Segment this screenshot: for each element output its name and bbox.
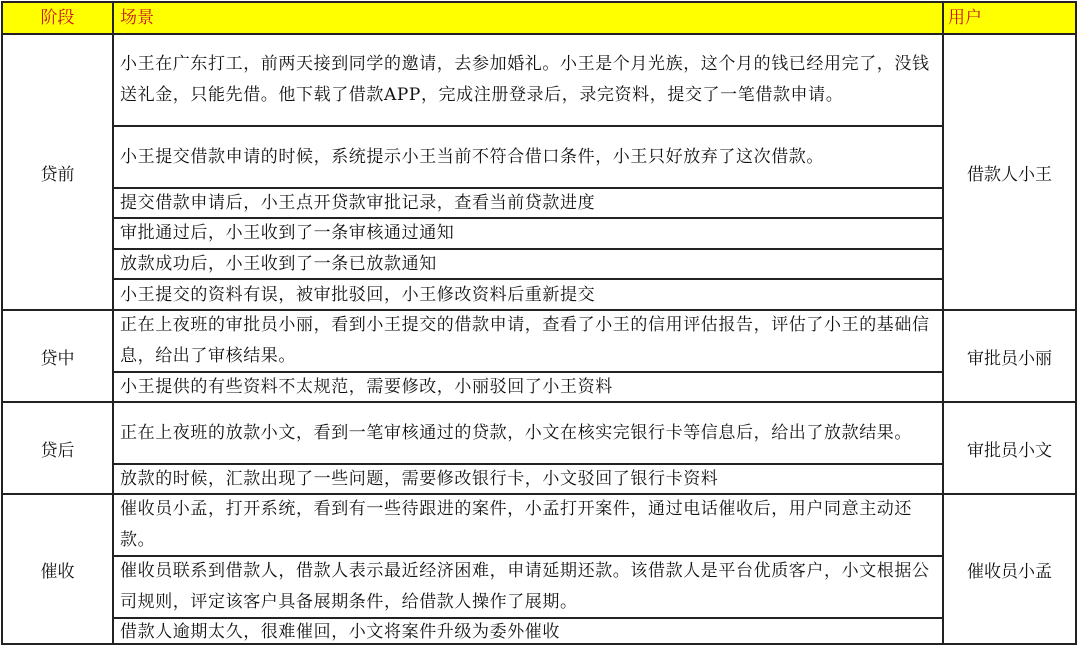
stage-cell: 催收 [3, 495, 112, 643]
scene-text: 小王在广东打工，前两天接到同学的邀请，去参加婚礼。小王是个月光族，这个月的钱已经… [120, 49, 938, 111]
scene-row: 催收员联系到借款人，借款人表示最近经济困难，申请延期还款。该借款人是平台优质客户… [114, 557, 942, 617]
scene-row: 小王提交借款申请的时候，系统提示小王当前不符合借口条件，小王只好放弃了这次借款。 [114, 127, 942, 187]
scene-text: 小王提供的有些资料不太规范，需要修改，小丽驳回了小王资料 [120, 372, 613, 403]
scene-row: 正在上夜班的放款小文，看到一笔审核通过的贷款，小文在核实完银行卡等信息后，给出了… [114, 403, 942, 463]
header-stage-label: 阶段 [41, 8, 75, 28]
scene-text: 审批通过后，小王收到了一条审核通过通知 [120, 218, 454, 249]
stage-cell: 贷后 [3, 403, 112, 493]
scene-row: 小王在广东打工，前两天接到同学的邀请，去参加婚礼。小王是个月光族，这个月的钱已经… [114, 35, 942, 125]
header-user: 用户 [944, 3, 1075, 33]
scene-row: 审批通过后，小王收到了一条审核通过通知 [114, 219, 942, 248]
user-label: 审批员小丽 [967, 344, 1052, 369]
scene-text: 放款成功后，小王收到了一条已放款通知 [120, 249, 437, 280]
user-label: 审批员小文 [967, 436, 1052, 461]
scene-row: 小王提交的资料有误，被审批驳回，小王修改资料后重新提交 [114, 280, 942, 310]
header-scene: 场景 [114, 3, 942, 33]
scene-text: 催收员小孟，打开系统，看到有一些待跟进的案件，小孟打开案件，通过电话催收后，用户… [120, 494, 938, 556]
scene-row: 正在上夜班的审批员小丽，看到小王提交的借款申请，查看了小王的信用评估报告，评估了… [114, 311, 942, 371]
scenario-table: 阶段 场景 用户 贷前 借款人小王 小王在广东打工，前两天接到同学的邀请，去参加… [1, 1, 1077, 645]
stage-label: 催收 [41, 557, 75, 582]
scene-row: 放款成功后，小王收到了一条已放款通知 [114, 250, 942, 278]
stage-label: 贷中 [41, 344, 75, 369]
user-label: 借款人小王 [967, 160, 1052, 185]
scene-row: 借款人逾期太久，很难催回，小文将案件升级为委外催收 [114, 619, 942, 645]
scene-row: 放款的时候，汇款出现了一些问题，需要修改银行卡，小文驳回了银行卡资料 [114, 465, 942, 493]
header-stage: 阶段 [3, 3, 112, 33]
scene-row: 提交借款申请后，小王点开贷款审批记录，查看当前贷款进度 [114, 189, 942, 217]
header-scene-label: 场景 [120, 8, 154, 28]
stage-label: 贷后 [41, 436, 75, 461]
user-cell: 审批员小丽 [944, 311, 1075, 401]
scene-text: 正在上夜班的放款小文，看到一笔审核通过的贷款，小文在核实完银行卡等信息后，给出了… [120, 418, 912, 449]
scene-text: 小王提交借款申请的时候，系统提示小王当前不符合借口条件，小王只好放弃了这次借款。 [120, 142, 824, 173]
user-cell: 借款人小王 [944, 35, 1075, 310]
scene-text: 正在上夜班的审批员小丽，看到小王提交的借款申请，查看了小王的信用评估报告，评估了… [120, 310, 938, 372]
scene-row: 小王提供的有些资料不太规范，需要修改，小丽驳回了小王资料 [114, 373, 942, 401]
header-user-label: 用户 [948, 8, 982, 28]
user-label: 催收员小孟 [967, 557, 1052, 582]
scene-text: 提交借款申请后，小王点开贷款审批记录，查看当前贷款进度 [120, 188, 595, 219]
stage-cell: 贷前 [3, 35, 112, 310]
stage-cell: 贷中 [3, 311, 112, 401]
stage-label: 贷前 [41, 160, 75, 185]
user-cell: 催收员小孟 [944, 495, 1075, 643]
scene-text: 放款的时候，汇款出现了一些问题，需要修改银行卡，小文驳回了银行卡资料 [120, 464, 718, 495]
scene-text: 借款人逾期太久，很难催回，小文将案件升级为委外催收 [120, 617, 560, 646]
scene-row: 催收员小孟，打开系统，看到有一些待跟进的案件，小孟打开案件，通过电话催收后，用户… [114, 495, 942, 555]
scene-text: 催收员联系到借款人，借款人表示最近经济困难，申请延期还款。该借款人是平台优质客户… [120, 556, 938, 618]
user-cell: 审批员小文 [944, 403, 1075, 493]
scene-text: 小王提交的资料有误，被审批驳回，小王修改资料后重新提交 [120, 280, 595, 311]
